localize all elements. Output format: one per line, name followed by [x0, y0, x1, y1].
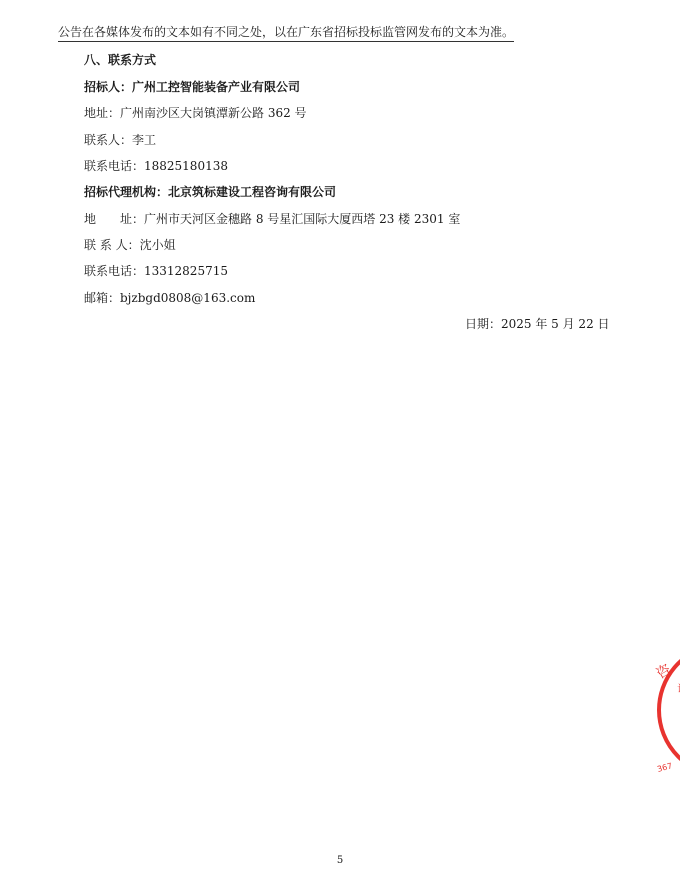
stamp-partial-text: 367: [656, 761, 673, 774]
notice-tail-text: 公告在各媒体发布的文本如有不同之处，以在广东省招标投标监管网发布的文本为准。: [58, 24, 514, 42]
tenderer-phone: 联系电话：18825180138: [84, 158, 228, 174]
tenderer-contact: 联系人：李工: [84, 132, 156, 148]
date-line: 日期：2025 年 5 月 22 日: [465, 316, 610, 332]
agency-phone: 联系电话：13312825715: [84, 263, 228, 279]
page-number: 5: [0, 855, 680, 866]
agency-name: 招标代理机构：北京筑标建设工程咨询有限公司: [84, 184, 336, 200]
seal-stamp-icon: 咨 询 367: [655, 640, 680, 780]
agency-address: 地 址：广州市天河区金穗路 8 号星汇国际大厦西塔 23 楼 2301 室: [84, 211, 460, 227]
svg-text:咨: 咨: [655, 662, 674, 683]
section-heading: 八、联系方式: [84, 52, 156, 68]
agency-contact: 联 系 人：沈小姐: [84, 237, 176, 253]
tenderer-name: 招标人：广州工控智能装备产业有限公司: [84, 79, 300, 95]
agency-email: 邮箱：bjzbgd0808@163.com: [84, 290, 255, 306]
tenderer-address: 地址：广州南沙区大岗镇潭新公路 362 号: [84, 105, 307, 121]
